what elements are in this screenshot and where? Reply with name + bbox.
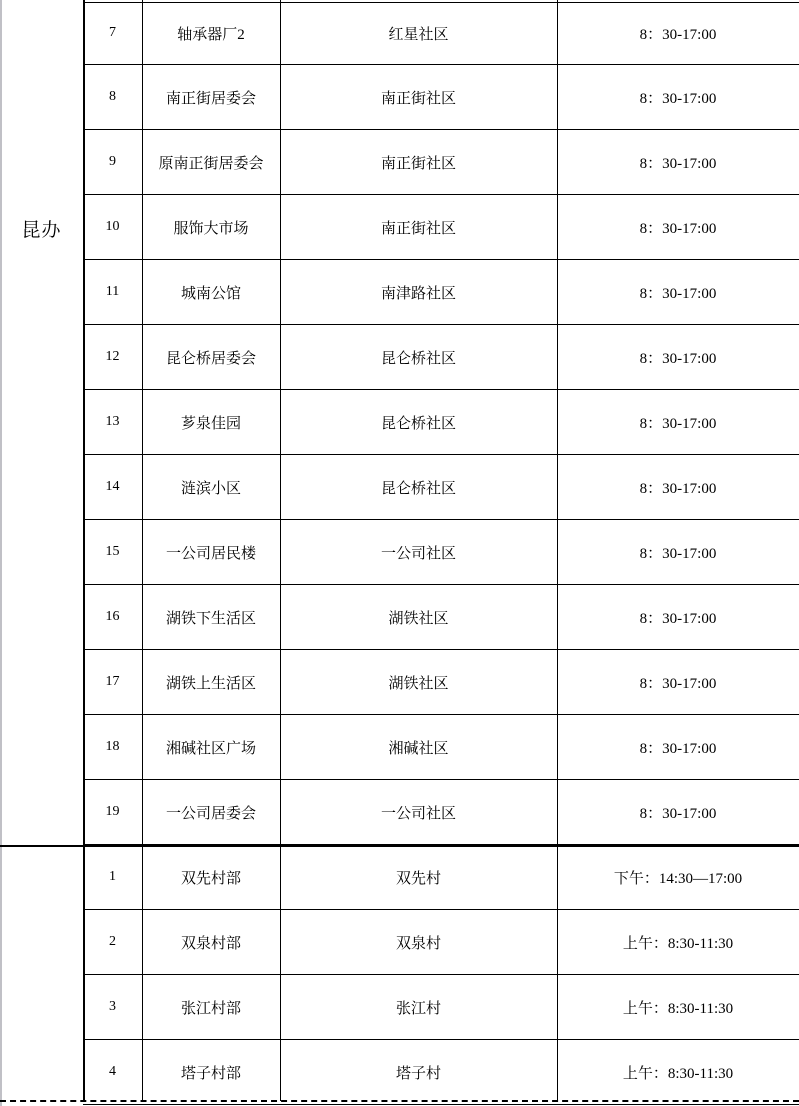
site-name: 张江村部 bbox=[142, 975, 280, 1039]
table-row: 16湖铁下生活区湖铁社区8：30-17:00 bbox=[83, 585, 799, 650]
site-name: 轴承器厂2 bbox=[142, 2, 280, 64]
service-time: 8：30-17:00 bbox=[557, 585, 799, 649]
grid-line-vertical bbox=[83, 0, 85, 1101]
service-time: 上午：8:30-11:30 bbox=[557, 910, 799, 974]
community-name: 湖铁社区 bbox=[280, 585, 557, 649]
grid-line-vertical bbox=[142, 0, 143, 1101]
row-number: 12 bbox=[83, 325, 142, 389]
row-number: 7 bbox=[83, 2, 142, 64]
service-time: 8：30-17:00 bbox=[557, 130, 799, 194]
row-number: 13 bbox=[83, 390, 142, 454]
row-number: 3 bbox=[83, 975, 142, 1039]
site-name: 芗泉佳园 bbox=[142, 390, 280, 454]
district-label: 昆办 bbox=[0, 190, 83, 266]
community-name: 昆仑桥社区 bbox=[280, 325, 557, 389]
community-name: 南正街社区 bbox=[280, 65, 557, 129]
community-name: 湘碱社区 bbox=[280, 715, 557, 779]
site-name: 湖铁上生活区 bbox=[142, 650, 280, 714]
table-row: 12昆仑桥居委会昆仑桥社区8：30-17:00 bbox=[83, 325, 799, 390]
community-name: 一公司社区 bbox=[280, 520, 557, 584]
service-time: 8：30-17:00 bbox=[557, 195, 799, 259]
row-number: 11 bbox=[83, 260, 142, 324]
table-row: 14涟滨小区昆仑桥社区8：30-17:00 bbox=[83, 455, 799, 520]
row-number: 19 bbox=[83, 780, 142, 844]
site-name: 一公司居民楼 bbox=[142, 520, 280, 584]
site-name: 原南正街居委会 bbox=[142, 130, 280, 194]
site-name: 城南公馆 bbox=[142, 260, 280, 324]
table-row: 2双泉村部双泉村上午：8:30-11:30 bbox=[83, 910, 799, 975]
row-number: 16 bbox=[83, 585, 142, 649]
community-name: 塔子村 bbox=[280, 1040, 557, 1104]
page-break-dashed-line bbox=[0, 1100, 799, 1102]
site-name: 双泉村部 bbox=[142, 910, 280, 974]
table-body: 7轴承器厂2红星社区8：30-17:008南正街居委会南正街社区8：30-17:… bbox=[83, 2, 799, 1105]
community-name: 昆仑桥社区 bbox=[280, 390, 557, 454]
row-number: 17 bbox=[83, 650, 142, 714]
row-number: 10 bbox=[83, 195, 142, 259]
service-time: 下午：14:30—17:00 bbox=[557, 845, 799, 909]
row-number: 18 bbox=[83, 715, 142, 779]
site-name: 湘碱社区广场 bbox=[142, 715, 280, 779]
table-row: 10服饰大市场南正街社区8：30-17:00 bbox=[83, 195, 799, 260]
table-row: 7轴承器厂2红星社区8：30-17:00 bbox=[83, 2, 799, 65]
table-row: 3张江村部张江村上午：8:30-11:30 bbox=[83, 975, 799, 1040]
table-row: 8南正街居委会南正街社区8：30-17:00 bbox=[83, 65, 799, 130]
site-name: 服饰大市场 bbox=[142, 195, 280, 259]
row-number: 8 bbox=[83, 65, 142, 129]
table-row: 1双先村部双先村下午：14:30—17:00 bbox=[83, 845, 799, 910]
service-time: 8：30-17:00 bbox=[557, 325, 799, 389]
grid-line-vertical bbox=[557, 0, 558, 1101]
site-name: 昆仑桥居委会 bbox=[142, 325, 280, 389]
community-name: 南津路社区 bbox=[280, 260, 557, 324]
community-name: 双泉村 bbox=[280, 910, 557, 974]
service-time: 8：30-17:00 bbox=[557, 520, 799, 584]
community-name: 南正街社区 bbox=[280, 130, 557, 194]
community-name: 双先村 bbox=[280, 845, 557, 909]
service-time: 上午：8:30-11:30 bbox=[557, 1040, 799, 1104]
service-time: 8：30-17:00 bbox=[557, 650, 799, 714]
table-row: 15一公司居民楼一公司社区8：30-17:00 bbox=[83, 520, 799, 585]
service-time: 8：30-17:00 bbox=[557, 260, 799, 324]
table-row: 13芗泉佳园昆仑桥社区8：30-17:00 bbox=[83, 390, 799, 455]
page-edge-strip bbox=[0, 0, 2, 1106]
community-name: 红星社区 bbox=[280, 2, 557, 64]
site-name: 湖铁下生活区 bbox=[142, 585, 280, 649]
schedule-table-page: 昆办 7轴承器厂2红星社区8：30-17:008南正街居委会南正街社区8：30-… bbox=[0, 0, 799, 1106]
site-name: 双先村部 bbox=[142, 845, 280, 909]
service-time: 8：30-17:00 bbox=[557, 390, 799, 454]
service-time: 上午：8:30-11:30 bbox=[557, 975, 799, 1039]
site-name: 塔子村部 bbox=[142, 1040, 280, 1104]
row-number: 9 bbox=[83, 130, 142, 194]
community-name: 南正街社区 bbox=[280, 195, 557, 259]
service-time: 8：30-17:00 bbox=[557, 715, 799, 779]
section-divider-line bbox=[0, 845, 799, 847]
grid-line-top bbox=[83, 2, 799, 3]
table-row: 18湘碱社区广场湘碱社区8：30-17:00 bbox=[83, 715, 799, 780]
row-number: 4 bbox=[83, 1040, 142, 1104]
table-row: 19一公司居委会一公司社区8：30-17:00 bbox=[83, 780, 799, 845]
service-time: 8：30-17:00 bbox=[557, 65, 799, 129]
site-name: 一公司居委会 bbox=[142, 780, 280, 844]
site-name: 南正街居委会 bbox=[142, 65, 280, 129]
grid-line-vertical bbox=[280, 0, 281, 1101]
table-row: 4塔子村部塔子村上午：8:30-11:30 bbox=[83, 1040, 799, 1105]
community-name: 昆仑桥社区 bbox=[280, 455, 557, 519]
service-time: 8：30-17:00 bbox=[557, 455, 799, 519]
row-number: 2 bbox=[83, 910, 142, 974]
row-number: 1 bbox=[83, 845, 142, 909]
row-number: 15 bbox=[83, 520, 142, 584]
service-time: 8：30-17:00 bbox=[557, 2, 799, 64]
row-number: 14 bbox=[83, 455, 142, 519]
site-name: 涟滨小区 bbox=[142, 455, 280, 519]
community-name: 一公司社区 bbox=[280, 780, 557, 844]
service-time: 8：30-17:00 bbox=[557, 780, 799, 844]
table-row: 17湖铁上生活区湖铁社区8：30-17:00 bbox=[83, 650, 799, 715]
community-name: 张江村 bbox=[280, 975, 557, 1039]
table-row: 11城南公馆南津路社区8：30-17:00 bbox=[83, 260, 799, 325]
community-name: 湖铁社区 bbox=[280, 650, 557, 714]
table-row: 9原南正街居委会南正街社区8：30-17:00 bbox=[83, 130, 799, 195]
